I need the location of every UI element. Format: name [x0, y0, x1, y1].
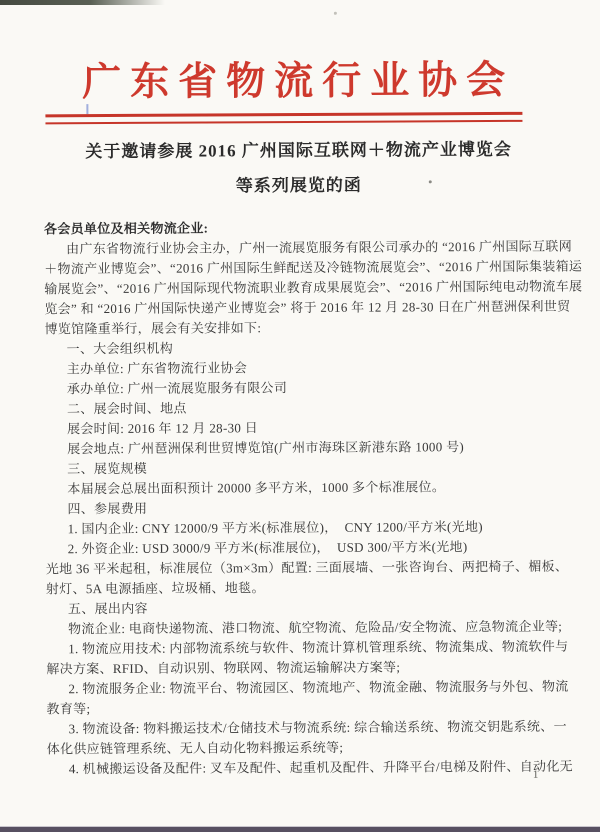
document-line: 展会时间: 2016 年 12 月 28-30 日 — [45, 417, 560, 440]
document-line: 1. 国内企业: CNY 12000/9 平方米(标准展位)， CNY 1200… — [46, 517, 561, 540]
document-line: 展会地点: 广州琶洲保利世贸博览馆(广州市海珠区新港东路 1000 号) — [45, 437, 560, 460]
document-line: 览会” 和 “2016 广州国际快递产业博览会” 将于 2016 年 12 月 … — [44, 297, 559, 320]
scanned-document-page: 广东省物流行业协会 关于邀请参展 2016 广州国际互联网＋物流产业博览会 等系… — [0, 0, 600, 832]
document-line: 光地 36 平米起租，标准展位（3m×3m）配置: 三面展墙、一张咨询台、两把椅… — [46, 557, 561, 580]
document-line: 由广东省物流行业协会主办，广州一流展览服务有限公司承办的 “2016 广州国际互… — [44, 237, 559, 260]
document-line: 4. 机械搬运设备及配件: 叉车及配件、起重机及配件、升降平台/电梯及附件、自动… — [47, 757, 562, 780]
document-line: 1. 物流应用技术: 内部物流系统与软件、物流计算机管理系统、物流集成、物流软件… — [46, 637, 561, 660]
document-line: 二、展会时间、地点 — [45, 397, 560, 420]
document-line: 解决方案、RFID、自动识别、物联网、物流运输解决方案等; — [46, 657, 561, 680]
document-content: 广东省物流行业协会 关于邀请参展 2016 广州国际互联网＋物流产业博览会 等系… — [0, 0, 600, 832]
organization-name-header: 广东省物流行业协会 — [0, 48, 598, 107]
document-line: 3. 物流设备: 物料搬运技术/仓储技术与物流系统: 综合输送系统、物流交钥匙系… — [47, 717, 562, 740]
document-line: 五、展出内容 — [46, 597, 561, 620]
document-line: 一、大会组织机构 — [45, 337, 560, 360]
header-rule-thin — [45, 120, 522, 124]
document-line: ＋物流产业博览会”、“2016 广州国际生鲜配送及冷链物流展览会”、“2016 … — [44, 257, 559, 280]
document-line: 2. 外资企业: USD 3000/9 平方米(标准展位)， USD 300/平… — [46, 537, 561, 560]
document-line: 物流企业: 电商快递物流、港口物流、航空物流、危险品/安全物流、应急物流企业等; — [46, 617, 561, 640]
document-line: 输展览会”、“2016 广州国际现代物流职业教育成果展览会”、“2016 广州国… — [44, 277, 559, 300]
document-line: 四、参展费用 — [45, 497, 560, 520]
scanner-edge-bottom — [0, 827, 600, 832]
scan-speck — [334, 12, 337, 15]
document-line: 三、展览规模 — [45, 457, 560, 480]
document-line: 射灯、5A 电源插座、垃圾桶、地毯。 — [46, 577, 561, 600]
document-line: 主办单位: 广东省物流行业协会 — [45, 357, 560, 380]
document-title-line1: 关于邀请参展 2016 广州国际互联网＋物流产业博览会 — [0, 134, 599, 162]
header-rule-thick — [45, 112, 522, 117]
pen-mark-artifact — [86, 104, 88, 114]
document-line: 本届展会总展出面积预计 20000 多平方米，1000 多个标准展位。 — [45, 477, 560, 500]
document-line: 体化供应链管理系统、无人自动化物料搬运系统等; — [47, 737, 562, 760]
document-body: 各会员单位及相关物流企业:由广东省物流行业协会主办，广州一流展览服务有限公司承办… — [44, 217, 562, 780]
document-line: 教育等; — [46, 697, 561, 720]
document-line: 各会员单位及相关物流企业: — [44, 217, 559, 240]
page-number: 1 — [533, 769, 539, 781]
document-line: 博览馆隆重举行，展会有关安排如下: — [44, 317, 559, 340]
document-line: 承办单位: 广州一流展览服务有限公司 — [45, 377, 560, 400]
document-line: 2. 物流服务企业: 物流平台、物流园区、物流地产、物流金融、物流服务与外包、物… — [46, 677, 561, 700]
document-title-line2: 等系列展览的函 — [0, 169, 599, 197]
scan-speck — [429, 180, 432, 183]
